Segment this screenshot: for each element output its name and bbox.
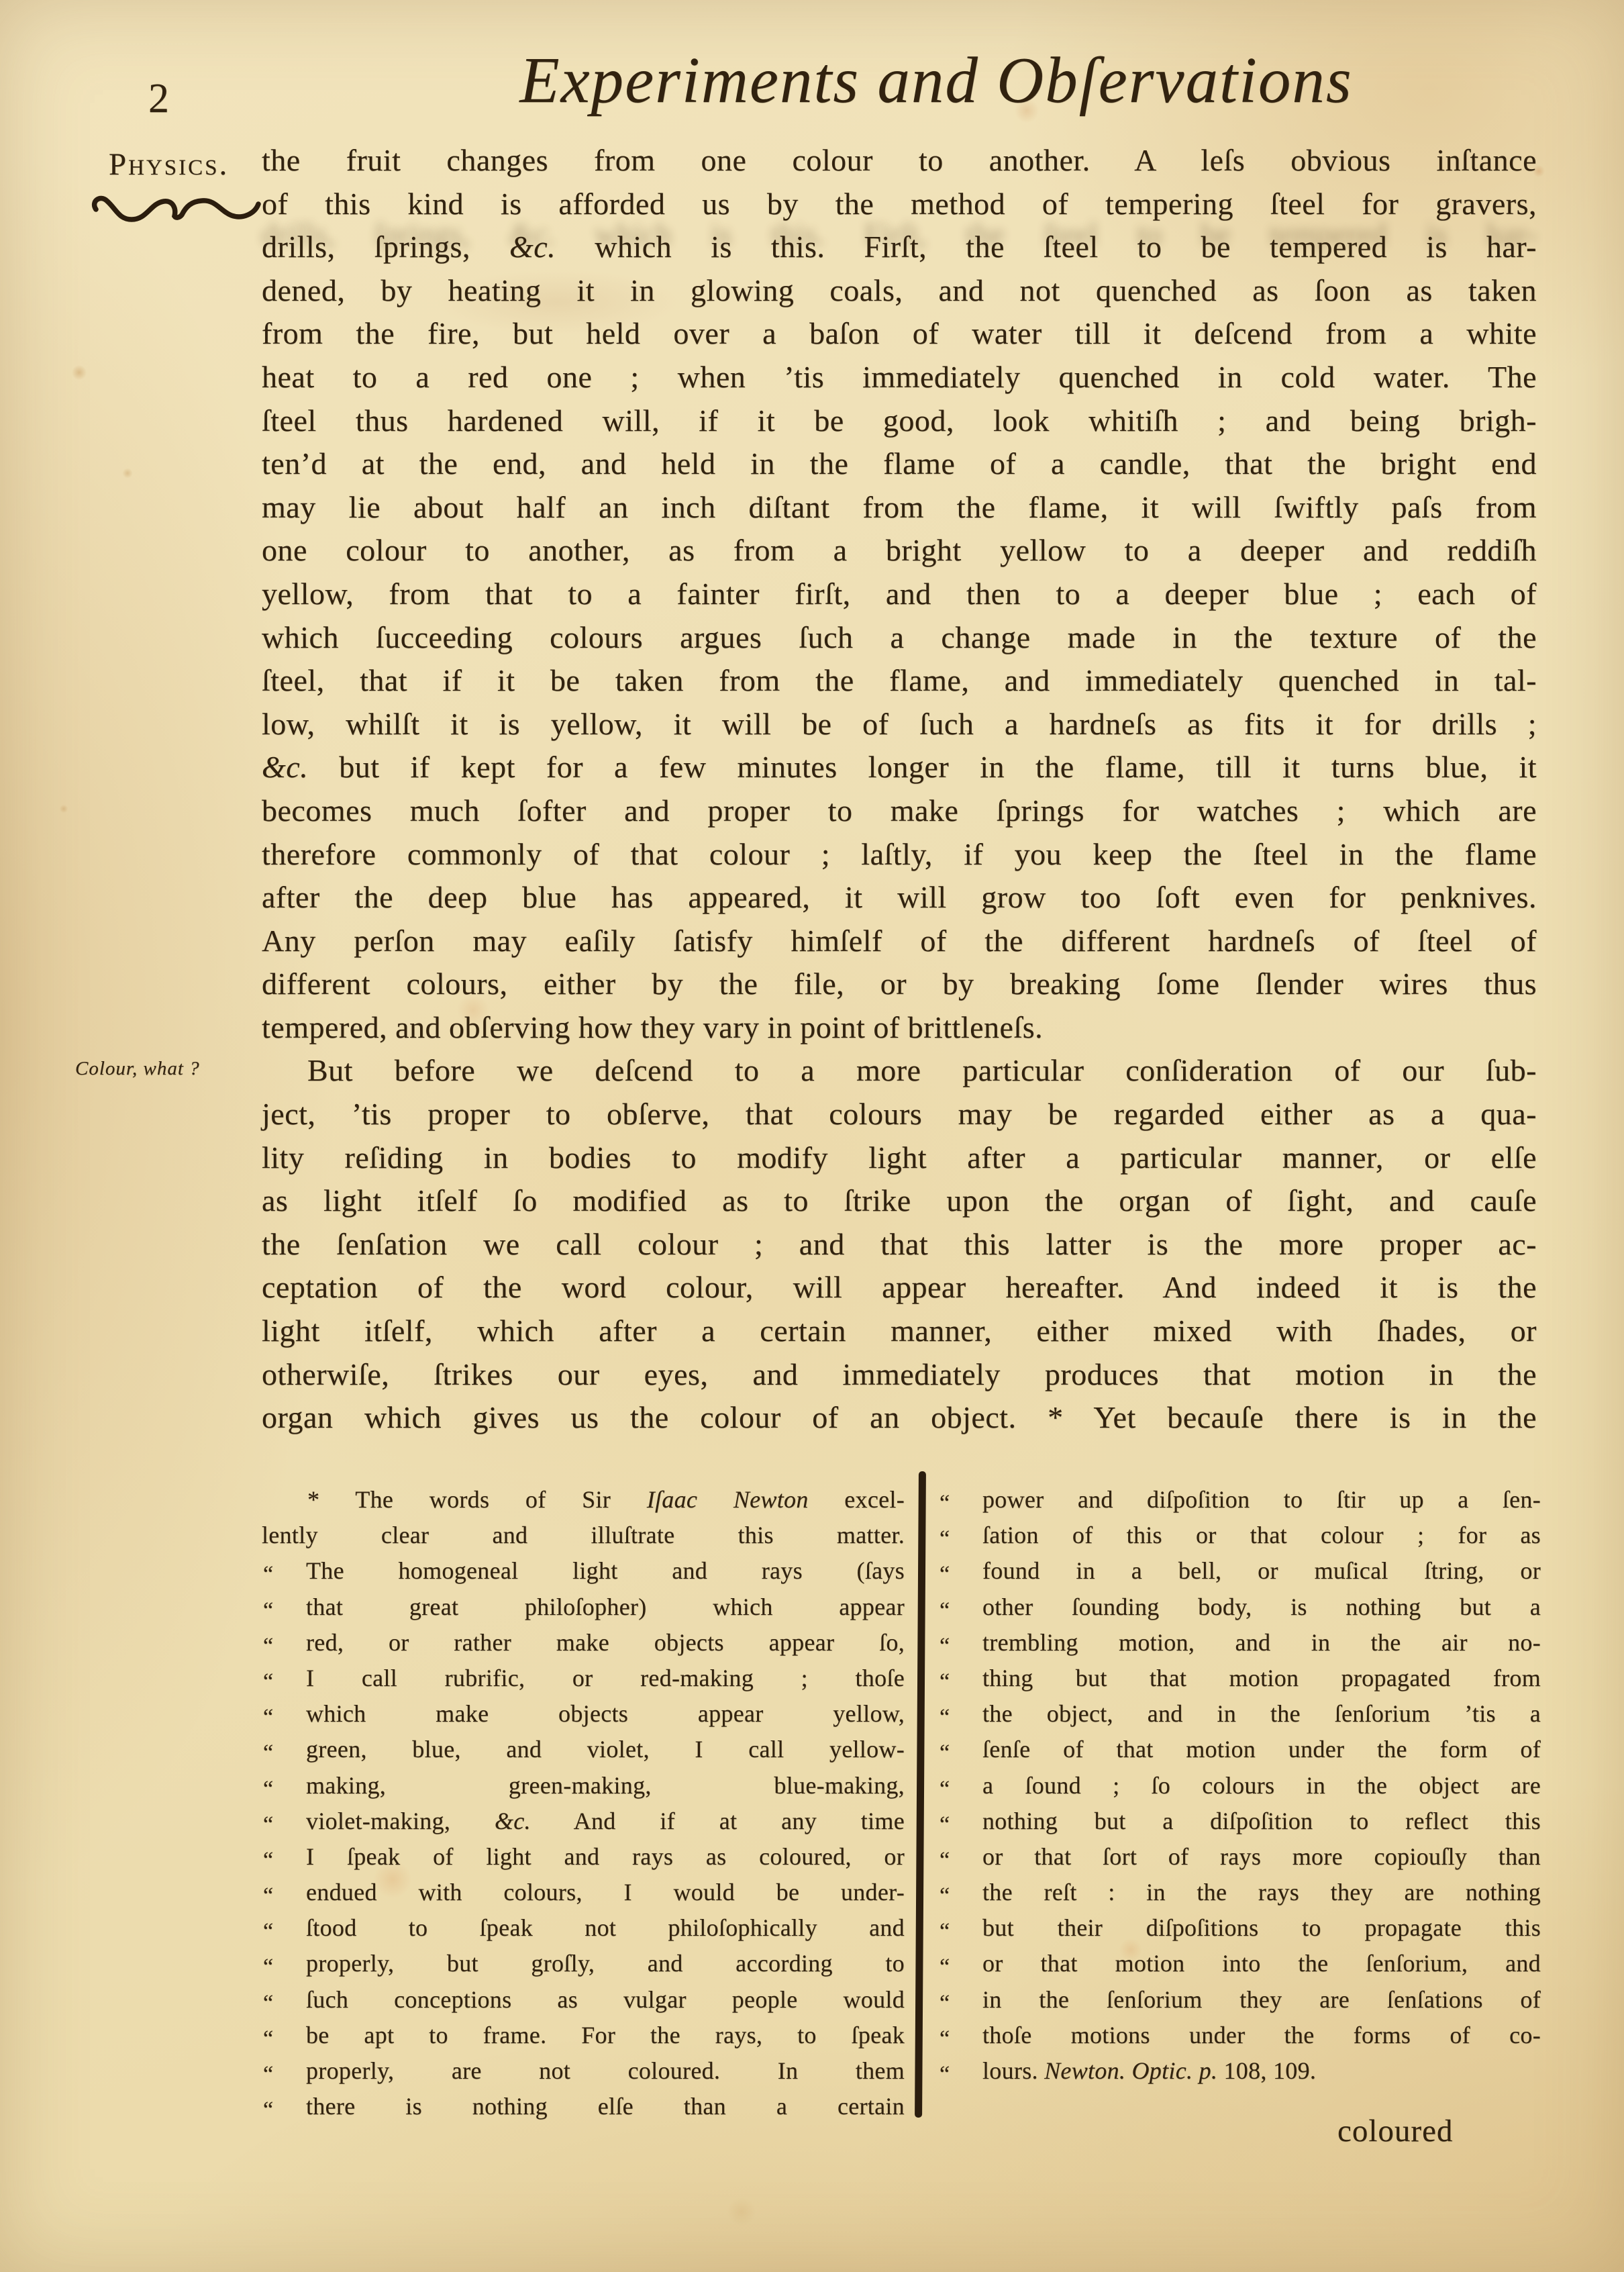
margin-note-colour-what: Colour, what ? <box>75 1058 200 1080</box>
line-text: a ſound ; ſo colours in the object are <box>982 1768 1541 1804</box>
section-flourish-icon <box>89 188 265 233</box>
text-line: “lours. Newton. Optic. p. 108, 109. <box>938 2053 1541 2089</box>
line-text: as light itſelf ſo modified as to ſtrike… <box>262 1179 1537 1223</box>
line-text: or that motion into the ſenſorium, and <box>982 1946 1541 1981</box>
line-text: lours. Newton. Optic. p. 108, 109. <box>982 2053 1541 2089</box>
quote-mark: “ <box>263 1985 272 2021</box>
line-text: other ſounding body, is nothing but a <box>982 1589 1541 1625</box>
line-text: green, blue, and violet, I call yellow- <box>306 1732 905 1767</box>
text-line: “The homogeneal light and rays (ſays <box>262 1553 905 1589</box>
text-line: one colour to another, as from a bright … <box>262 529 1537 573</box>
line-text: * The words of Sir Iſaac Newton excel- <box>262 1482 905 1518</box>
line-text: Any perſon may eaſily ſatisfy himſelf of… <box>262 920 1537 963</box>
text-line: “that great philoſopher) which appear <box>262 1589 905 1625</box>
text-line: ſteel, that if it be taken from the flam… <box>262 659 1537 703</box>
text-line: “green, blue, and violet, I call yellow- <box>262 1732 905 1767</box>
text-line: heat to a red one ; when ’tis immediatel… <box>262 356 1537 399</box>
line-text: ſation of this or that colour ; for as <box>982 1518 1541 1553</box>
line-text: ject, ’tis proper to obſerve, that colou… <box>262 1093 1537 1136</box>
line-text: after the deep blue has appeared, it wil… <box>262 876 1537 920</box>
text-line: “red, or rather make objects appear ſo, <box>262 1625 905 1661</box>
line-text: found in a bell, or muſical ſtring, or <box>982 1553 1541 1589</box>
line-text: ceptation of the word colour, will appea… <box>262 1266 1537 1310</box>
line-text: properly, but groſly, and according to <box>306 1946 905 1981</box>
text-line: “making, green-making, blue-making, <box>262 1768 905 1804</box>
line-text: which make objects appear yellow, <box>306 1696 905 1732</box>
text-line: lity reſiding in bodies to modify light … <box>262 1136 1537 1180</box>
line-text: thing but that motion propagated from <box>982 1661 1541 1696</box>
line-text: drills, ſprings, &c. which is this. Firſ… <box>262 226 1537 269</box>
line-text: which ſucceeding colours argues ſuch a c… <box>262 616 1537 660</box>
text-line: becomes much ſofter and proper to make ſ… <box>262 789 1537 833</box>
quote-mark: “ <box>940 2057 948 2092</box>
text-line: different colours, either by the file, o… <box>262 962 1537 1006</box>
text-line: “other ſounding body, is nothing but a <box>938 1589 1541 1625</box>
quote-mark: “ <box>263 1664 272 1699</box>
footnote-column-divider <box>915 1471 926 2118</box>
text-line: otherwiſe, ſtrikes our eyes, and immedia… <box>262 1353 1537 1397</box>
text-line: ceptation of the word colour, will appea… <box>262 1266 1537 1310</box>
text-line: “which make objects appear yellow, <box>262 1696 905 1732</box>
text-line: lently clear and illuſtrate this matter. <box>262 1518 905 1553</box>
text-line: “in the ſenſorium they are ſenſations of <box>938 1982 1541 2018</box>
quote-mark: “ <box>263 1807 272 1842</box>
text-line: may lie about half an inch diſtant from … <box>262 486 1537 530</box>
running-title: Experiments and Obſervations <box>262 43 1537 117</box>
line-text: in the ſenſorium they are ſenſations of <box>982 1982 1541 2018</box>
quote-mark: “ <box>940 1985 948 2021</box>
line-text: yellow, from that to a fainter firſt, an… <box>262 573 1537 616</box>
line-text: ſteel, that if it be taken from the flam… <box>262 659 1537 703</box>
text-line: “the object, and in the ſenſorium ’tis a <box>938 1696 1541 1732</box>
text-line: after the deep blue has appeared, it wil… <box>262 876 1537 920</box>
text-line: “trembling motion, and in the air no- <box>938 1625 1541 1661</box>
quote-mark: “ <box>940 1842 948 1878</box>
line-text: making, green-making, blue-making, <box>306 1768 905 1804</box>
quote-mark: “ <box>940 1485 948 1521</box>
quote-mark: “ <box>940 1807 948 1842</box>
quote-mark: “ <box>940 1557 948 1592</box>
quote-mark: “ <box>263 1628 272 1664</box>
text-line: light itſelf, which after a certain mann… <box>262 1310 1537 1353</box>
line-text: lently clear and illuſtrate this matter. <box>262 1518 905 1553</box>
catchword: coloured <box>1337 2113 1453 2149</box>
book-page: 2 Experiments and Obſervations Physics. … <box>0 0 1624 2272</box>
line-text: the ſenſation we call colour ; and that … <box>262 1223 1537 1267</box>
quote-mark: “ <box>263 1771 272 1807</box>
text-line: organ which gives us the colour of an ob… <box>262 1396 1537 1440</box>
line-text: endued with colours, I would be under- <box>306 1875 905 1910</box>
footnote-left-column: * The words of Sir Iſaac Newton excel-le… <box>262 1482 905 2124</box>
text-line: ſteel thus hardened will, if it be good,… <box>262 399 1537 443</box>
text-line: “the reſt : in the rays they are nothing <box>938 1875 1541 1910</box>
line-text: heat to a red one ; when ’tis immediatel… <box>262 356 1537 399</box>
text-line: “thoſe motions under the forms of co- <box>938 2018 1541 2053</box>
text-line: drills, ſprings, &c. which is this. Firſ… <box>262 226 1537 269</box>
quote-mark: “ <box>940 1699 948 1735</box>
quote-mark: “ <box>940 1735 948 1771</box>
line-text: ſenſe of that motion under the form of <box>982 1732 1541 1767</box>
line-text: power and diſpoſition to ſtir up a ſen- <box>982 1482 1541 1518</box>
text-line: yellow, from that to a fainter firſt, an… <box>262 573 1537 616</box>
text-line: * The words of Sir Iſaac Newton excel- <box>262 1482 905 1518</box>
body-text: the fruit changes from one colour to ano… <box>262 139 1537 1440</box>
line-text: that great philoſopher) which appear <box>306 1589 905 1625</box>
line-text: ten’d at the end, and held in the flame … <box>262 442 1537 486</box>
text-line: “but their diſpoſitions to propagate thi… <box>938 1910 1541 1946</box>
line-text: the reſt : in the rays they are nothing <box>982 1875 1541 1910</box>
line-text: the fruit changes from one colour to ano… <box>262 139 1537 183</box>
line-text: &c. but if kept for a few minutes longer… <box>262 746 1537 789</box>
text-line: Any perſon may eaſily ſatisfy himſelf of… <box>262 920 1537 963</box>
line-text: there is nothing elſe than a certain <box>306 2089 905 2124</box>
line-text: low, whilſt it is yellow, it will be of … <box>262 703 1537 746</box>
quote-mark: “ <box>263 1878 272 1914</box>
text-line: as light itſelf ſo modified as to ſtrike… <box>262 1179 1537 1223</box>
quote-mark: “ <box>263 1735 272 1771</box>
text-line: ten’d at the end, and held in the flame … <box>262 442 1537 486</box>
line-text: lity reſiding in bodies to modify light … <box>262 1136 1537 1180</box>
text-line: “violet-making, &c. And if at any time <box>262 1804 905 1839</box>
text-line: “there is nothing elſe than a certain <box>262 2089 905 2124</box>
text-line: “properly, are not coloured. In them <box>262 2053 905 2089</box>
line-text: The homogeneal light and rays (ſays <box>306 1553 905 1589</box>
text-line: which ſucceeding colours argues ſuch a c… <box>262 616 1537 660</box>
quote-mark: “ <box>940 2021 948 2057</box>
quote-mark: “ <box>940 1628 948 1664</box>
line-text: or that ſort of rays more copiouſly than <box>982 1839 1541 1875</box>
line-text: nothing but a diſpoſition to reflect thi… <box>982 1804 1541 1839</box>
text-line: therefore commonly of that colour ; laſt… <box>262 833 1537 877</box>
text-line: “be apt to frame. For the rays, to ſpeak <box>262 2018 905 2053</box>
text-line: “I ſpeak of light and rays as coloured, … <box>262 1839 905 1875</box>
line-text: I call rubrific, or red-making ; thoſe <box>306 1661 905 1696</box>
line-text: But before we deſcend to a more particul… <box>262 1049 1537 1093</box>
line-text: dened, by heating it in glowing coals, a… <box>262 269 1537 313</box>
text-line: “ſuch conceptions as vulgar people would <box>262 1982 905 2018</box>
line-text: violet-making, &c. And if at any time <box>306 1804 905 1839</box>
text-line: “a ſound ; ſo colours in the object are <box>938 1768 1541 1804</box>
quote-mark: “ <box>263 1842 272 1878</box>
line-text: from the fire, but held over a baſon of … <box>262 312 1537 356</box>
line-text: may lie about half an inch diſtant from … <box>262 486 1537 530</box>
quote-mark: “ <box>940 1914 948 1949</box>
line-text: I ſpeak of light and rays as coloured, o… <box>306 1839 905 1875</box>
line-text: ſtood to ſpeak not philoſophically and <box>306 1910 905 1946</box>
text-line: “ſtood to ſpeak not philoſophically and <box>262 1910 905 1946</box>
text-line: tempered, and obſerving how they vary in… <box>262 1006 1537 1050</box>
quote-mark: “ <box>263 2057 272 2092</box>
line-text: ſteel thus hardened will, if it be good,… <box>262 399 1537 443</box>
text-line: “or that motion into the ſenſorium, and <box>938 1946 1541 1981</box>
text-line: “endued with colours, I would be under- <box>262 1875 905 1910</box>
line-text: organ which gives us the colour of an ob… <box>262 1396 1537 1440</box>
quote-mark: “ <box>940 1664 948 1699</box>
quote-mark: “ <box>263 2092 272 2128</box>
quote-mark: “ <box>263 1557 272 1592</box>
line-text: light itſelf, which after a certain mann… <box>262 1310 1537 1353</box>
line-text: of this kind is afforded us by the metho… <box>262 183 1537 226</box>
text-line: “or that ſort of rays more copiouſly tha… <box>938 1839 1541 1875</box>
quote-mark: “ <box>940 1771 948 1807</box>
line-text: but their diſpoſitions to propagate this <box>982 1910 1541 1946</box>
line-text: red, or rather make objects appear ſo, <box>306 1625 905 1661</box>
text-line: low, whilſt it is yellow, it will be of … <box>262 703 1537 746</box>
quote-mark: “ <box>263 1699 272 1735</box>
line-text: ſuch conceptions as vulgar people would <box>306 1982 905 2018</box>
text-line: “I call rubrific, or red-making ; thoſe <box>262 1661 905 1696</box>
text-line: “thing but that motion propagated from <box>938 1661 1541 1696</box>
quote-mark: “ <box>263 1949 272 1985</box>
text-line: the ſenſation we call colour ; and that … <box>262 1223 1537 1267</box>
quote-mark: “ <box>940 1878 948 1914</box>
quote-mark: “ <box>263 1914 272 1949</box>
text-line: “ſenſe of that motion under the form of <box>938 1732 1541 1767</box>
text-line: “properly, but groſly, and according to <box>262 1946 905 1981</box>
text-line: “ſation of this or that colour ; for as <box>938 1518 1541 1553</box>
line-text: properly, are not coloured. In them <box>306 2053 905 2089</box>
line-text: be apt to frame. For the rays, to ſpeak <box>306 2018 905 2053</box>
text-line: from the fire, but held over a baſon of … <box>262 312 1537 356</box>
line-text: otherwiſe, ſtrikes our eyes, and immedia… <box>262 1353 1537 1397</box>
margin-note-physics: Physics. <box>109 146 229 183</box>
text-line: &c. but if kept for a few minutes longer… <box>262 746 1537 789</box>
quote-mark: “ <box>940 1521 948 1557</box>
line-text: one colour to another, as from a bright … <box>262 529 1537 573</box>
text-line: of this kind is afforded us by the metho… <box>262 183 1537 226</box>
line-text: the object, and in the ſenſorium ’tis a <box>982 1696 1541 1732</box>
text-line: “found in a bell, or muſical ſtring, or <box>938 1553 1541 1589</box>
text-line: “nothing but a diſpoſition to reflect th… <box>938 1804 1541 1839</box>
line-text: thoſe motions under the forms of co- <box>982 2018 1541 2053</box>
text-line: “power and diſpoſition to ſtir up a ſen- <box>938 1482 1541 1518</box>
quote-mark: “ <box>940 1593 948 1628</box>
text-line: dened, by heating it in glowing coals, a… <box>262 269 1537 313</box>
text-line: the fruit changes from one colour to ano… <box>262 139 1537 183</box>
line-text: different colours, either by the file, o… <box>262 962 1537 1006</box>
line-text: trembling motion, and in the air no- <box>982 1625 1541 1661</box>
line-text: therefore commonly of that colour ; laſt… <box>262 833 1537 877</box>
line-text: becomes much ſofter and proper to make ſ… <box>262 789 1537 833</box>
text-line: But before we deſcend to a more particul… <box>262 1049 1537 1093</box>
footnote-right-column: “power and diſpoſition to ſtir up a ſen-… <box>938 1482 1541 2089</box>
page-number: 2 <box>148 75 169 123</box>
quote-mark: “ <box>940 1949 948 1985</box>
line-text: tempered, and obſerving how they vary in… <box>262 1006 1537 1050</box>
text-line: ject, ’tis proper to obſerve, that colou… <box>262 1093 1537 1136</box>
quote-mark: “ <box>263 1593 272 1628</box>
quote-mark: “ <box>263 2021 272 2057</box>
